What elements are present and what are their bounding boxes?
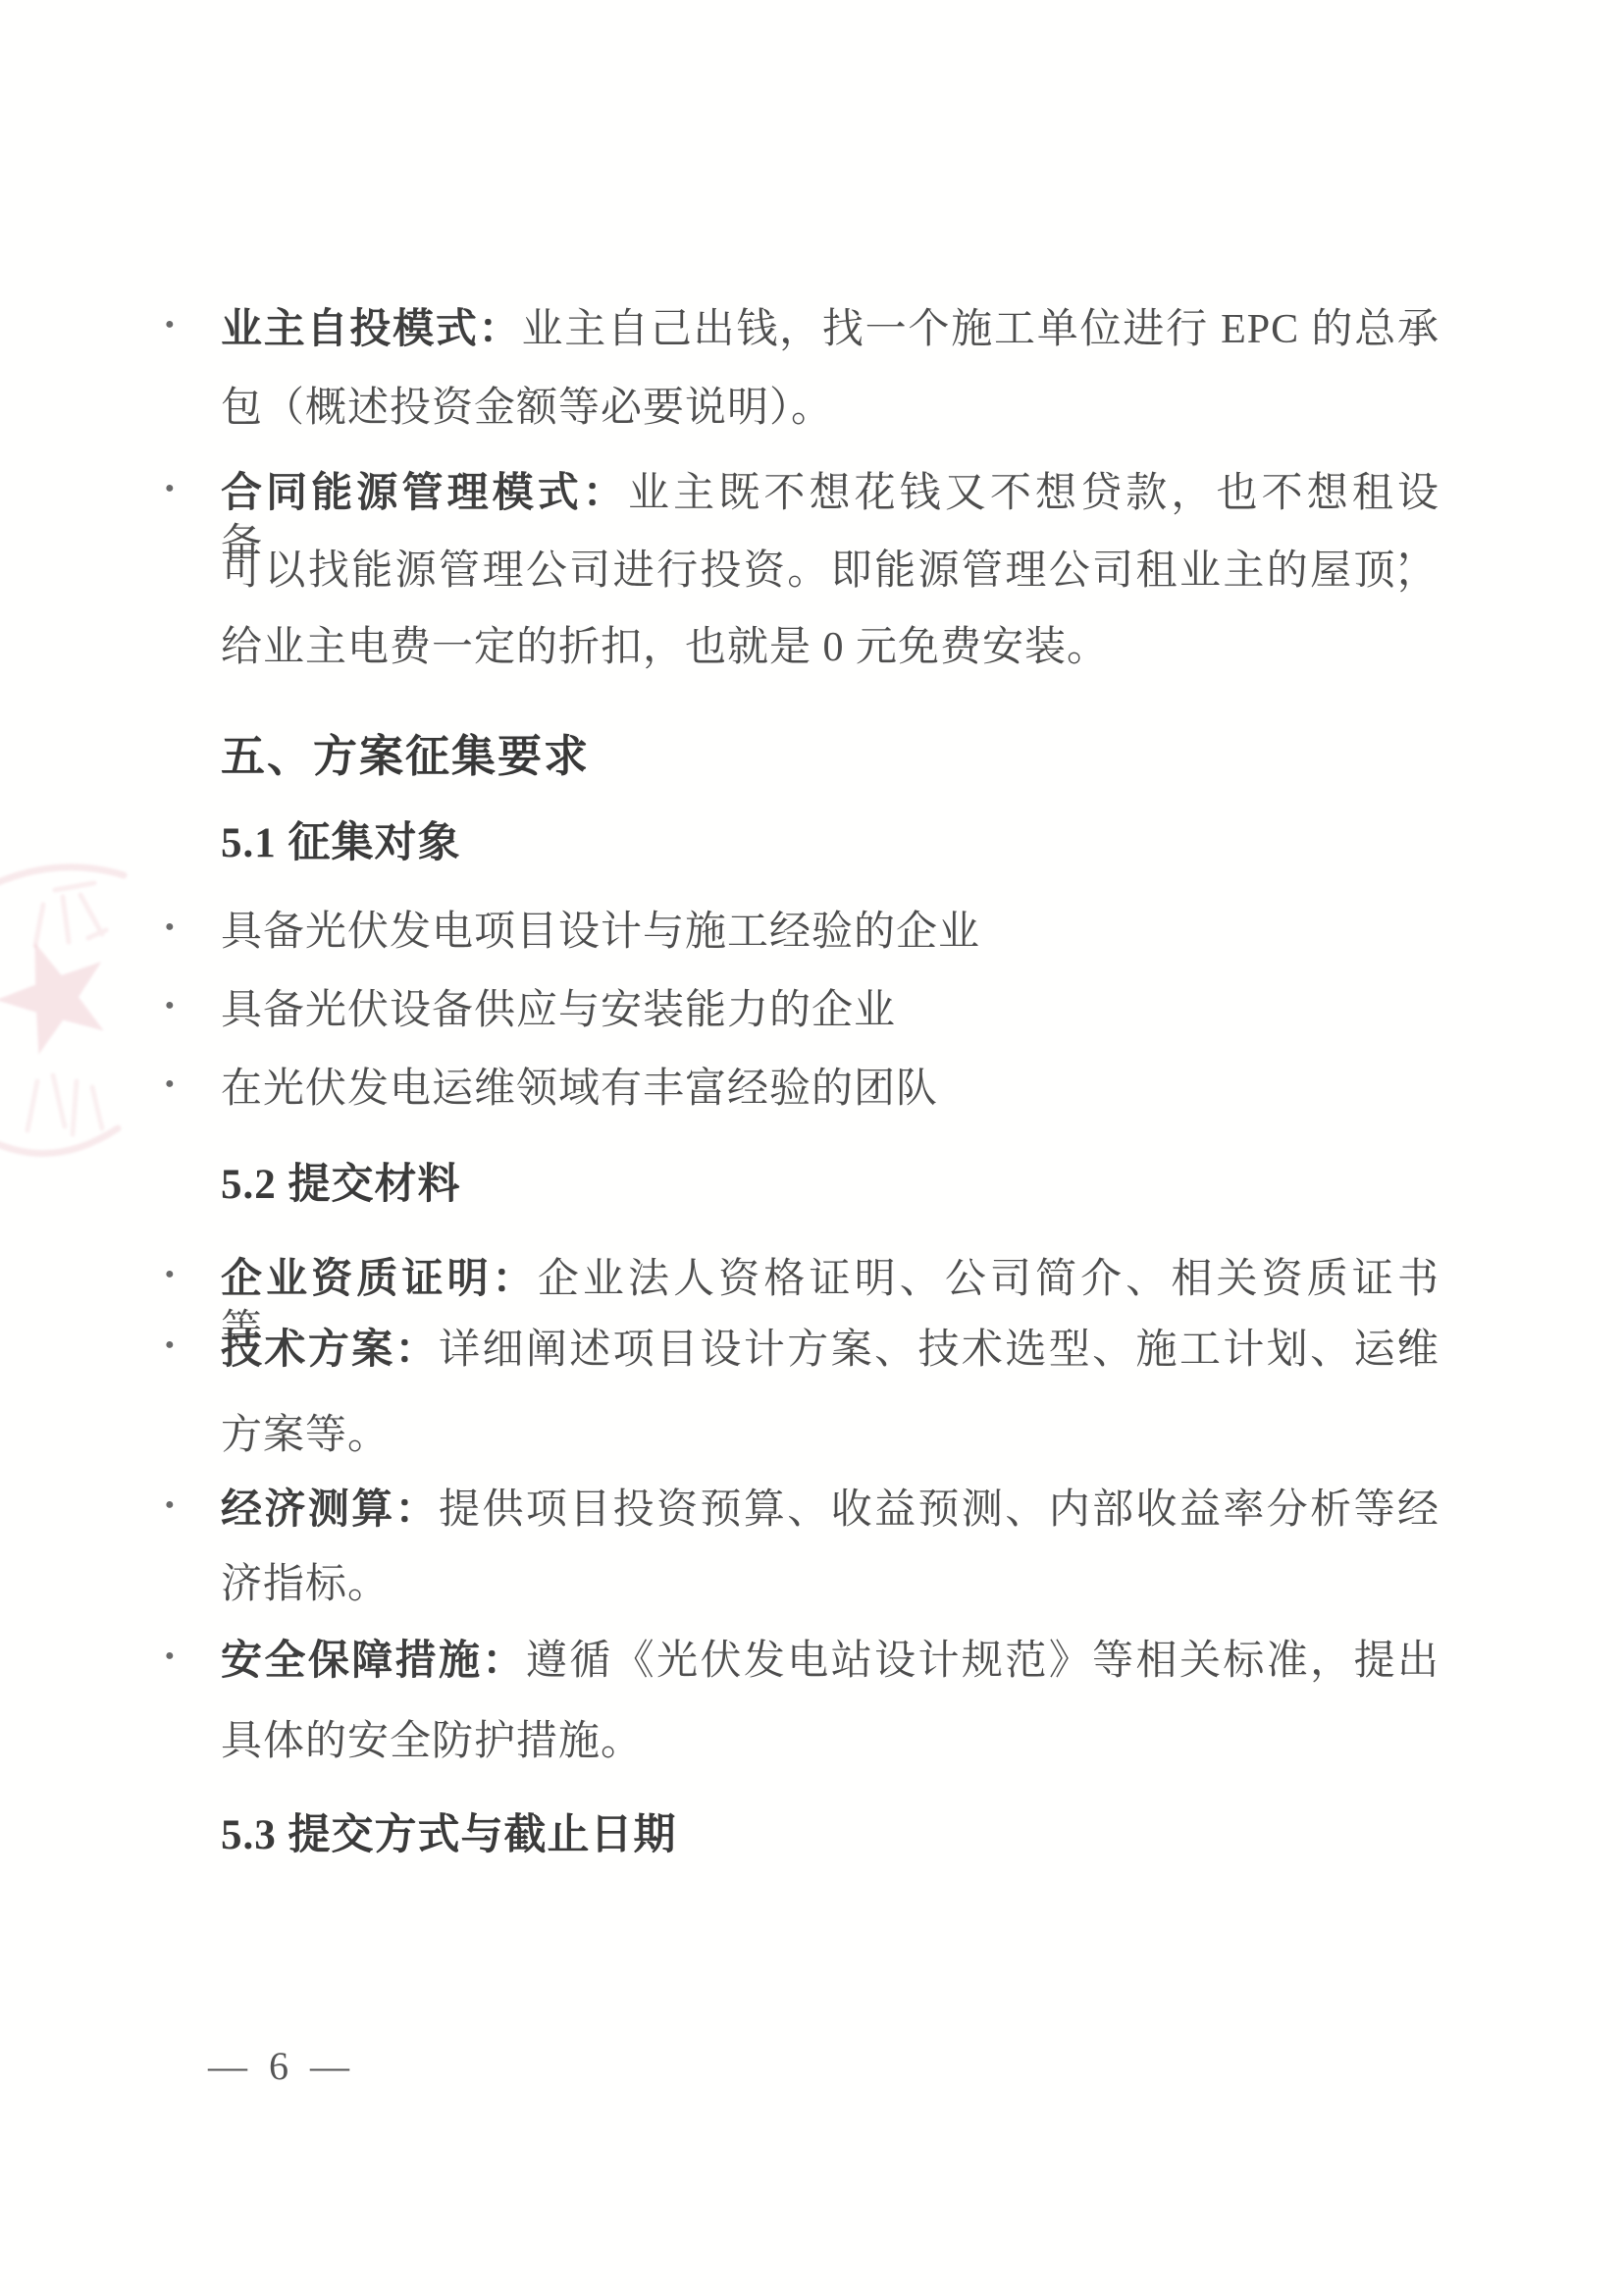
subsection-heading-5-2: 5.2 提交材料 [221,1160,1440,1211]
bullet-text: 详细阐述项目设计方案、技术选型、施工计划、运维 [439,1328,1440,1373]
subsection-heading-5-3: 5.3 提交方式与截止日期 [221,1810,1440,1861]
bullet-lead-safety: 安全保障措施： [221,1639,526,1684]
red-seal-stamp-icon [0,836,133,1189]
bullet-target-company-1: 具备光伏发电项目设计与施工经验的企业 [221,907,1440,958]
bullet-lead-economic: 经济测算： [221,1487,439,1533]
bullet-emc-mode-line3: 给业主电费一定的折扣，也就是 0 元免费安装。 [221,622,1440,673]
bullet-text: 遵循《光伏发电站设计规范》等相关标准，提出 [526,1639,1440,1684]
bullet-economic-line2: 济指标。 [221,1559,1440,1610]
bullet-emc-mode-line2: 可以找能源管理公司进行投资。即能源管理公司租业主的屋顶， [221,546,1440,597]
bullet-technical-line1: 技术方案：详细阐述项目设计方案、技术选型、施工计划、运维 [221,1325,1440,1376]
bullet-owner-mode-line2: 包（概述投资金额等必要说明）。 [221,383,1440,434]
bullet-lead-emc-mode: 合同能源管理模式： [221,471,628,516]
page-number: — 6 — [208,2043,355,2089]
bullet-lead-owner-mode: 业主自投模式： [221,307,521,352]
subsection-heading-5-1: 5.1 征集对象 [221,818,1440,869]
bullet-icon: ● [165,481,175,496]
bullet-icon: ● [165,919,175,935]
bullet-lead-technical: 技术方案： [221,1328,439,1373]
bullet-icon: ● [165,1076,175,1092]
bullet-icon: ● [165,1497,175,1513]
bullet-icon: ● [165,998,175,1014]
bullet-lead-qualification: 企业资质证明： [221,1257,538,1302]
bullet-icon: ● [165,1648,175,1664]
scanned-document-page: ● 业主自投模式：业主自己出钱，找一个施工单位进行 EPC 的总承 包（概述投资… [0,0,1623,2296]
bullet-icon: ● [165,1267,175,1282]
bullet-safety-line1: 安全保障措施：遵循《光伏发电站设计规范》等相关标准，提出 [221,1636,1440,1687]
bullet-text: 提供项目投资预算、收益预测、内部收益率分析等经 [439,1487,1440,1533]
bullet-icon: ● [165,1337,175,1353]
bullet-text: 业主自己出钱，找一个施工单位进行 EPC 的总承 [521,307,1440,352]
section-heading-5: 五、方案征集要求 [221,731,1440,782]
bullet-target-company-2: 具备光伏设备供应与安装能力的企业 [221,985,1440,1036]
bullet-owner-mode-line1: 业主自投模式：业主自己出钱，找一个施工单位进行 EPC 的总承 [221,304,1440,355]
bullet-target-company-3: 在光伏发电运维领域有丰富经验的团队 [221,1064,1440,1115]
bullet-safety-line2: 具体的安全防护措施。 [221,1716,1440,1767]
bullet-icon: ● [165,317,175,333]
star-icon [0,923,124,1062]
bullet-technical-line2: 方案等。 [221,1410,1440,1461]
bullet-economic-line1: 经济测算：提供项目投资预算、收益预测、内部收益率分析等经 [221,1485,1440,1536]
